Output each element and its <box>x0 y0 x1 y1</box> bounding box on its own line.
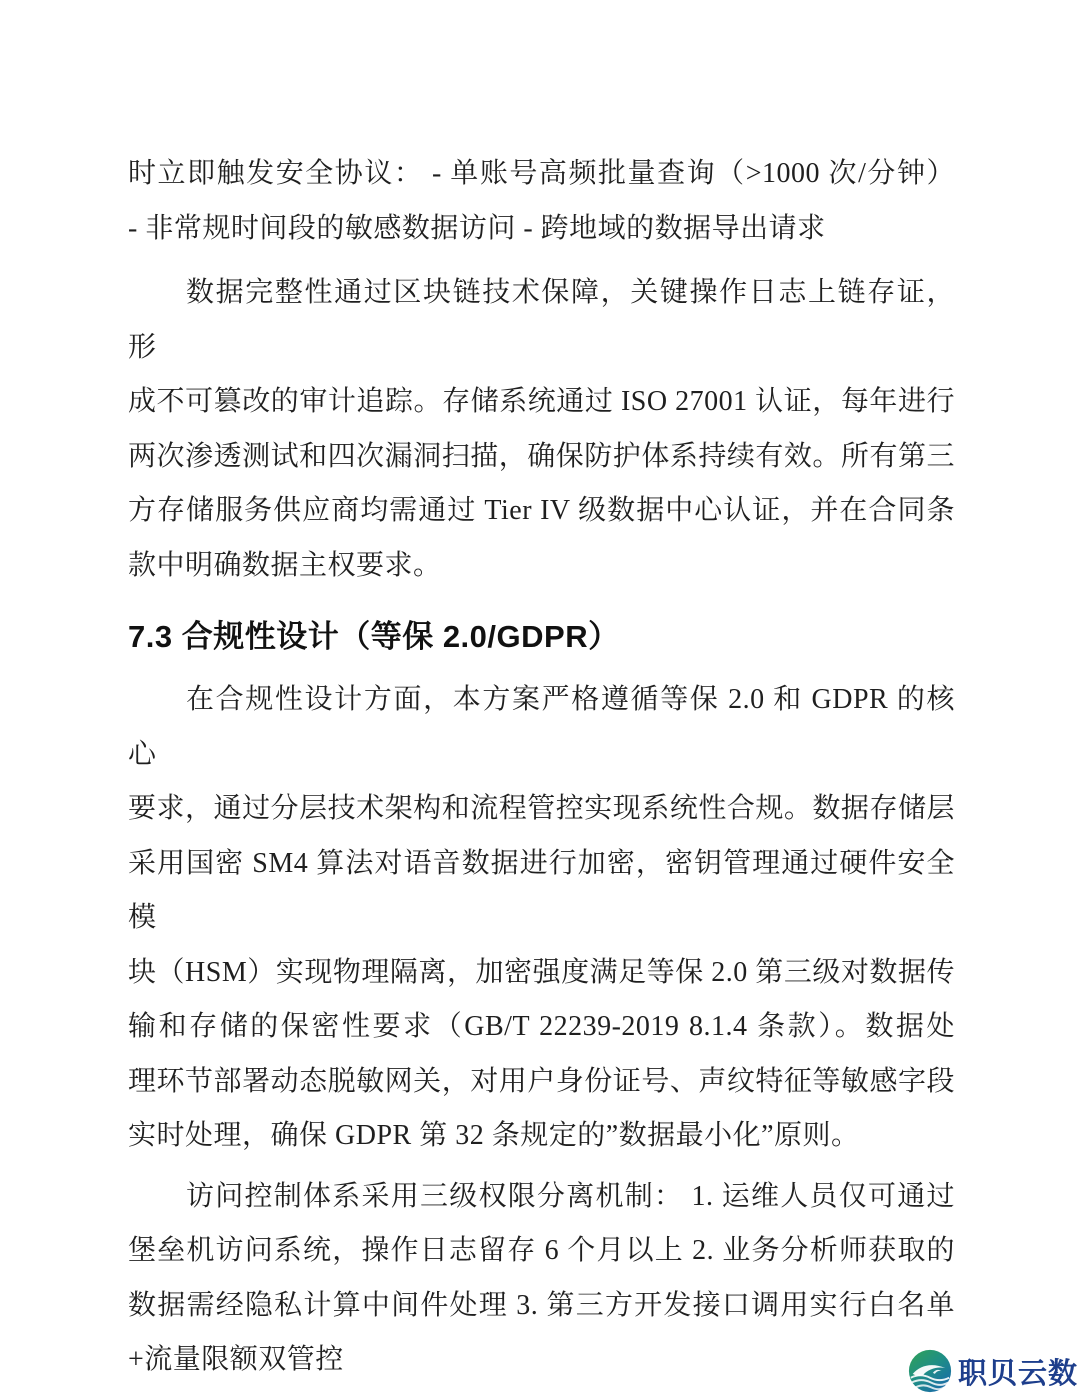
paragraph-access-control: 访问控制体系采用三级权限分离机制： 1. 运维人员仅可通过 堡垒机访问系统，操作… <box>128 1170 955 1388</box>
document-content: 时立即触发安全协议： - 单账号高频批量查询（>1000 次/分钟） - 非常规… <box>128 147 955 1388</box>
text-line: 方存储服务供应商均需通过 Tier IV 级数据中心认证，并在合同条 <box>128 484 955 539</box>
text-line: 在合规性设计方面，本方案严格遵循等保 2.0 和 GDPR 的核心 <box>128 673 955 782</box>
footer-logo-text: 职贝云数 <box>958 1351 1078 1392</box>
paragraph-compliance-design: 在合规性设计方面，本方案严格遵循等保 2.0 和 GDPR 的核心 要求，通过分… <box>128 673 955 1164</box>
text-line: - 非常规时间段的敏感数据访问 - 跨地域的数据导出请求 <box>128 202 955 257</box>
text-line: 块（HSM）实现物理隔离，加密强度满足等保 2.0 第三级对数据传 <box>128 946 955 1001</box>
text-line: +流量限额双管控 <box>128 1333 955 1388</box>
text-line: 实时处理，确保 GDPR 第 32 条规定的”数据最小化”原则。 <box>128 1109 955 1164</box>
text-line: 时立即触发安全协议： - 单账号高频批量查询（>1000 次/分钟） <box>128 147 955 202</box>
text-line: 访问控制体系采用三级权限分离机制： 1. 运维人员仅可通过 <box>128 1170 955 1225</box>
text-line: 要求，通过分层技术架构和流程管控实现系统性合规。数据存储层 <box>128 782 955 837</box>
text-line: 理环节部署动态脱敏网关，对用户身份证号、声纹特征等敏感字段 <box>128 1055 955 1110</box>
footer-logo: 职贝云数 <box>907 1348 1078 1394</box>
text-line: 输和存储的保密性要求（GB/T 22239-2019 8.1.4 条款）。数据处 <box>128 1000 955 1055</box>
wave-globe-icon <box>907 1348 953 1394</box>
text-line: 采用国密 SM4 算法对语音数据进行加密，密钥管理通过硬件安全模 <box>128 837 955 946</box>
text-line: 款中明确数据主权要求。 <box>128 539 955 594</box>
paragraph-alert-triggers: 时立即触发安全协议： - 单账号高频批量查询（>1000 次/分钟） - 非常规… <box>128 147 955 256</box>
text-line: 数据需经隐私计算中间件处理 3. 第三方开发接口调用实行白名单 <box>128 1279 955 1334</box>
section-heading: 7.3 合规性设计（等保 2.0/GDPR） <box>128 617 955 657</box>
paragraph-data-integrity: 数据完整性通过区块链技术保障，关键操作日志上链存证，形 成不可篡改的审计追踪。存… <box>128 266 955 593</box>
text-line: 堡垒机访问系统，操作日志留存 6 个月以上 2. 业务分析师获取的 <box>128 1224 955 1279</box>
text-line: 两次渗透测试和四次漏洞扫描，确保防护体系持续有效。所有第三 <box>128 430 955 485</box>
text-line: 数据完整性通过区块链技术保障，关键操作日志上链存证，形 <box>128 266 955 375</box>
text-line: 成不可篡改的审计追踪。存储系统通过 ISO 27001 认证，每年进行 <box>128 375 955 430</box>
